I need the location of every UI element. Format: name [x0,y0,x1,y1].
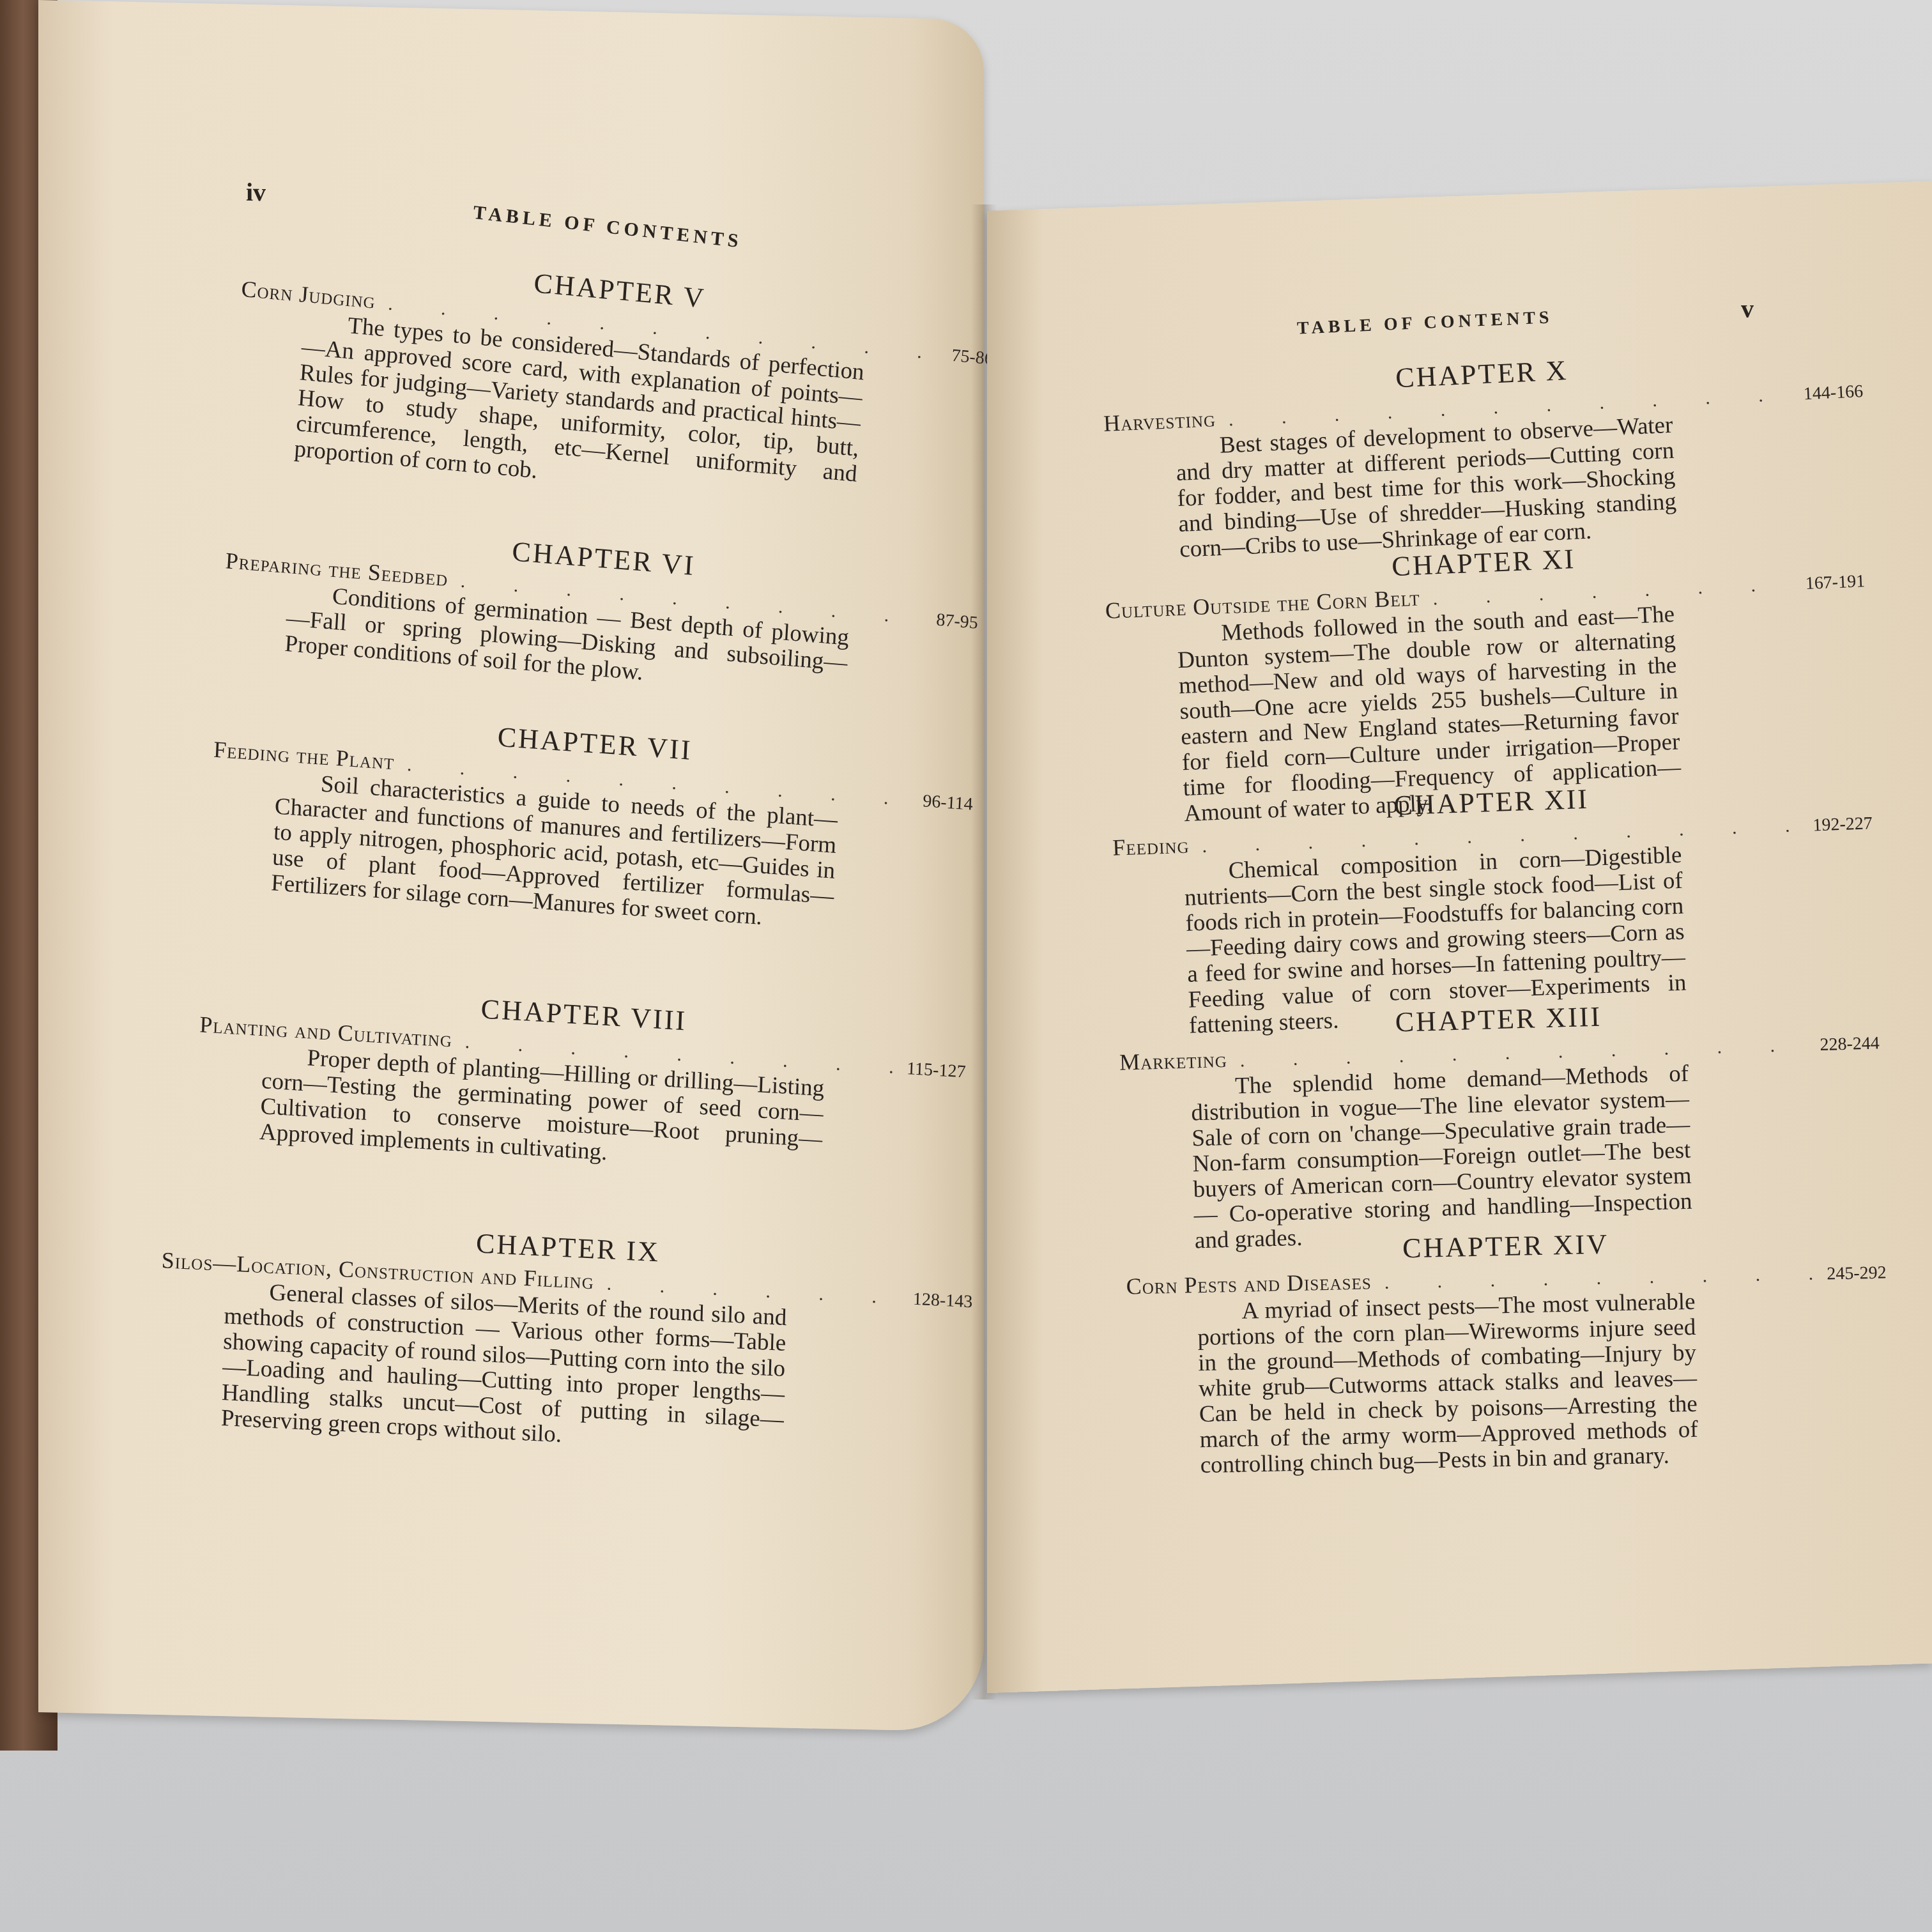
leader-dots: . . . . . . . . . . . . . . . [1371,1263,1818,1294]
chapter-summary: General classes of silos—Merits of the r… [157,1275,787,1459]
chapter-entry: CHAPTER XIV Corn Pests and Diseases . . … [1125,1222,1890,1480]
page-range: 167-191 [1805,571,1866,594]
chapter-entry: CHAPTER XIII Marketing . . . . . . . . .… [1118,992,1885,1255]
page-range: 96-114 [923,791,974,815]
chapter-entry: CHAPTER VII Feeding the Plant . . . . . … [206,701,975,944]
chapter-entry: CHAPTER IX Silos—Location, Construction … [157,1211,974,1468]
chapter-title: Marketing [1119,1046,1227,1076]
chapter-entry: CHAPTER X Harvesting . . . . . . . . . .… [1101,341,1869,566]
page-number-right: v [1741,294,1754,324]
page-range: 115-127 [907,1059,966,1082]
chapter-summary: The splendid home demand—Methods of dist… [1120,1061,1693,1256]
left-chapter-list: CHAPTER V Corn Judging . . . . . . . . .… [38,0,984,1732]
page-range: 128-143 [913,1289,973,1313]
chapter-title: Harvesting [1103,405,1216,437]
chapter-title: Feeding [1112,832,1190,861]
chapter-entry: CHAPTER VI Preparing the Seedbed . . . .… [220,512,981,712]
chapter-entry: CHAPTER V Corn Judging . . . . . . . . .… [230,240,997,525]
page-range: 144-166 [1803,381,1864,404]
chapter-entry: CHAPTER VIII Planting and Cultivating . … [195,976,967,1186]
page-range: 245-292 [1827,1263,1887,1285]
chapter-summary: A myriad of insect pests—The most vulner… [1126,1289,1699,1480]
chapter-title: Corn Pests and Diseases [1126,1268,1372,1299]
page-range: 192-227 [1813,813,1873,836]
page-range: 228-244 [1820,1033,1880,1055]
left-page: iv TABLE OF CONTENTS CHAPTER V Corn Judg… [38,0,984,1732]
